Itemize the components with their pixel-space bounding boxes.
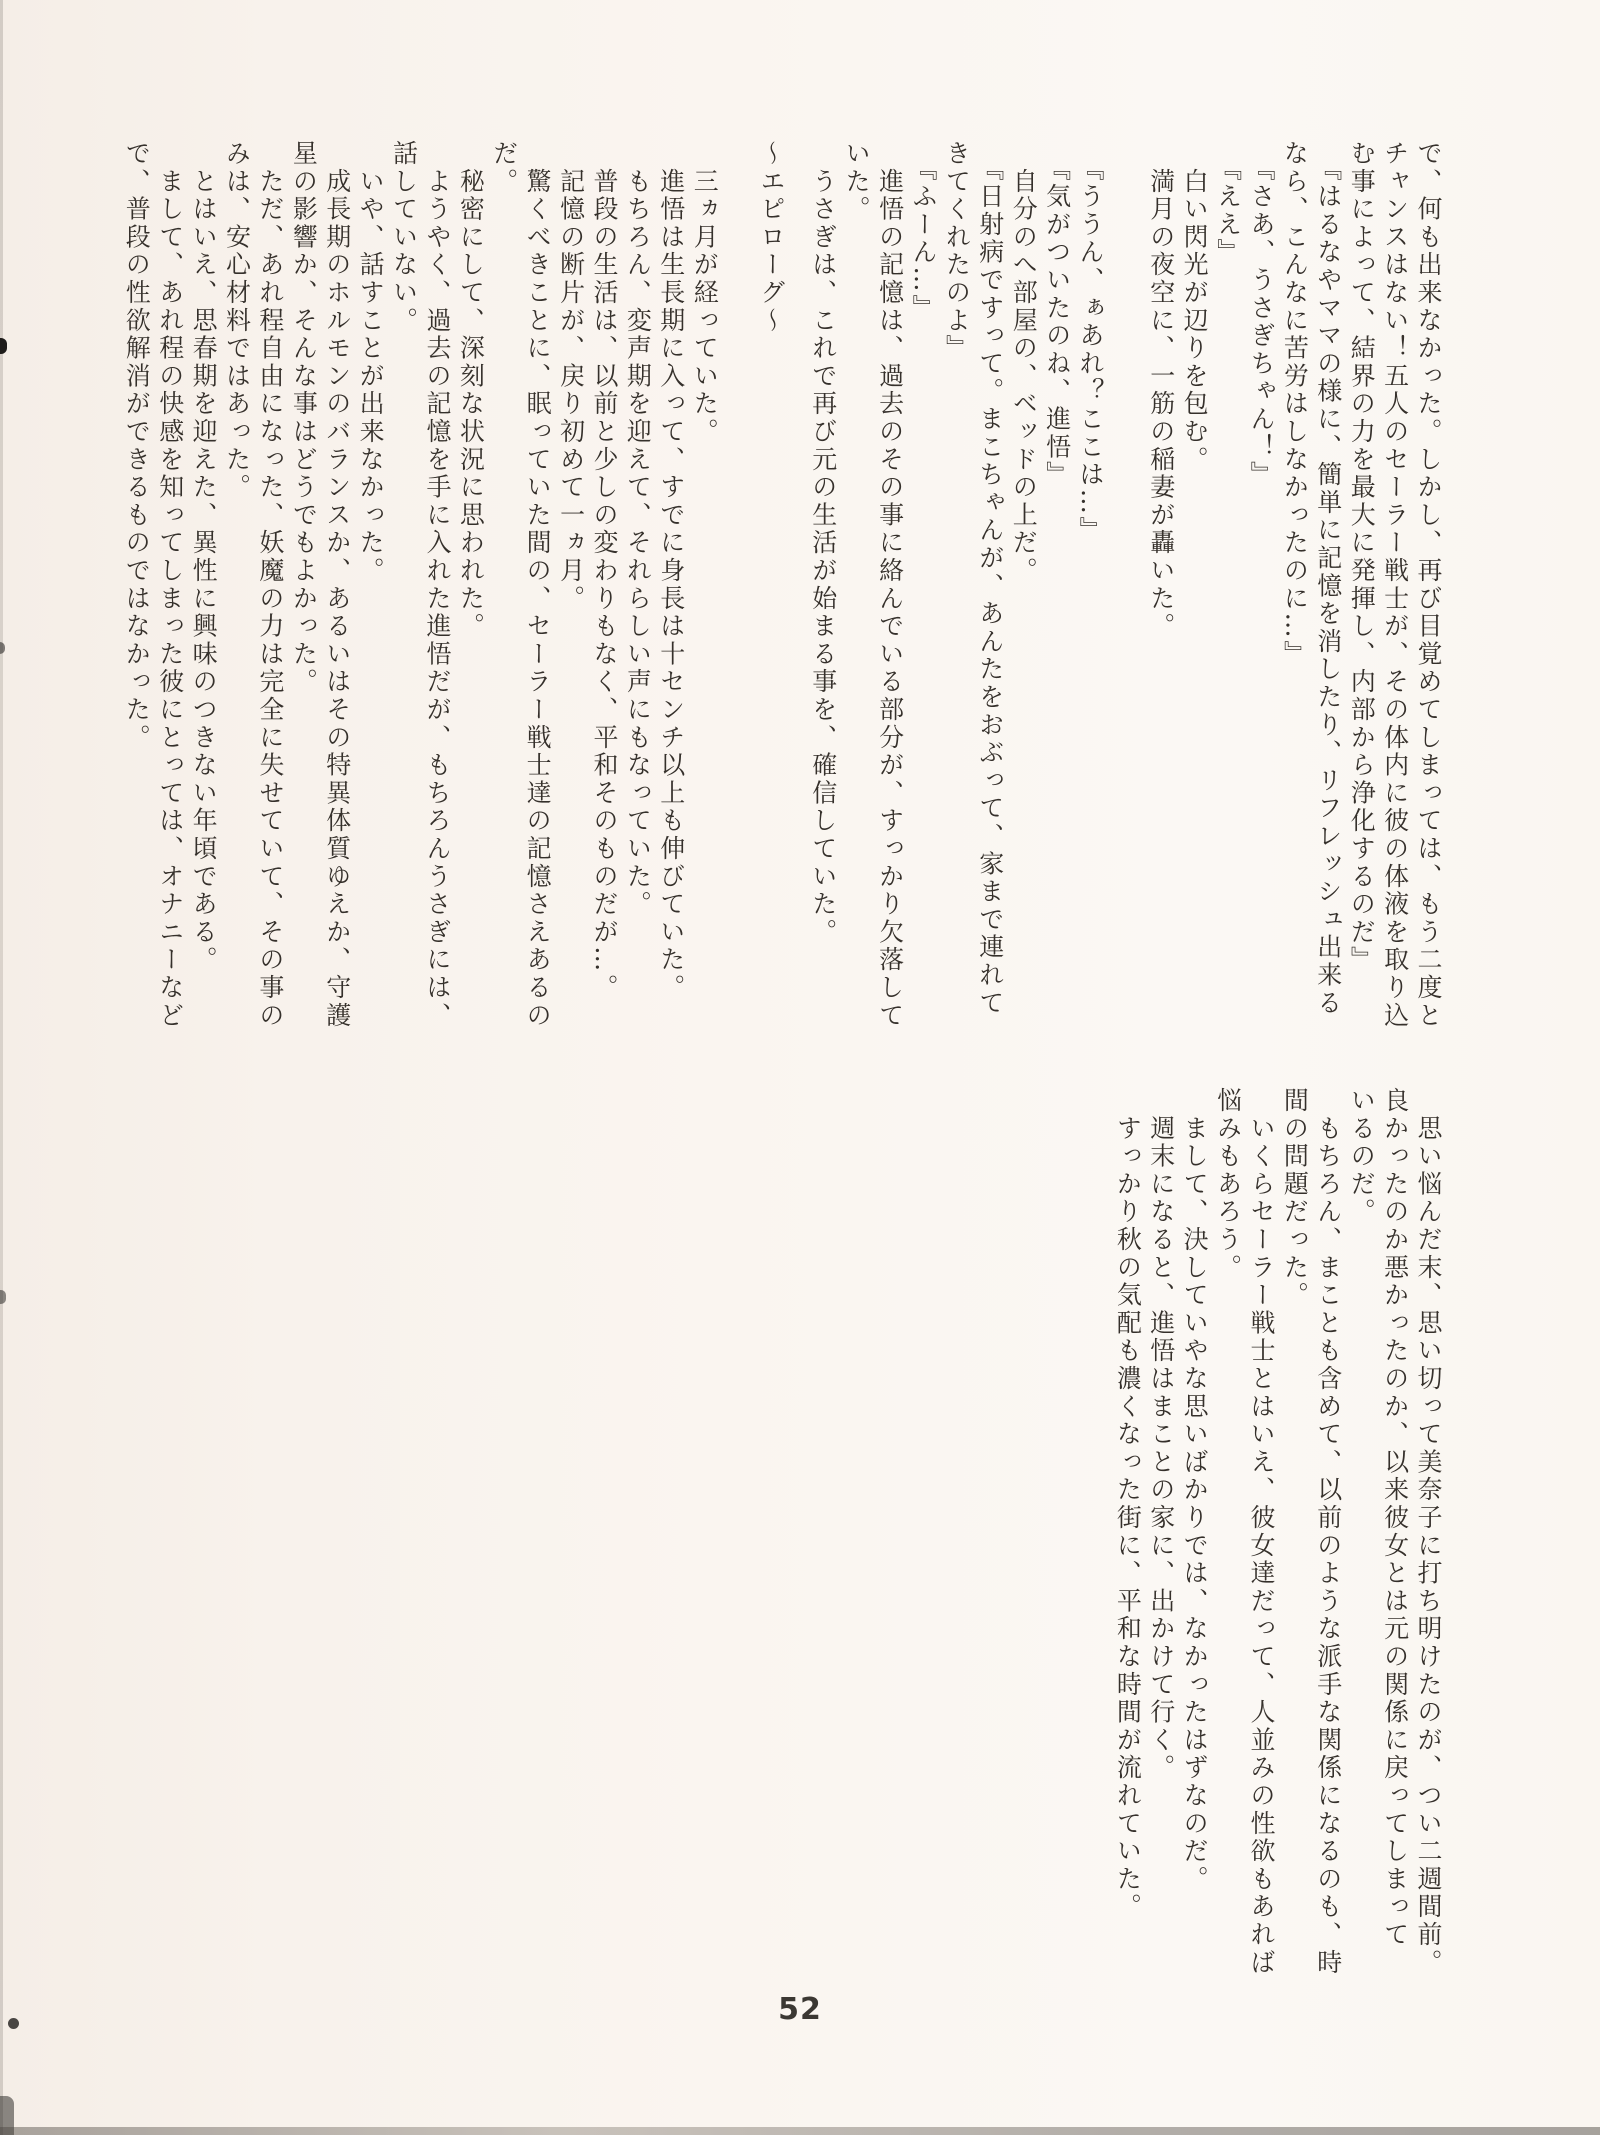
text-column: 記憶の断片が、戻り初めて一ヵ月。 xyxy=(554,140,587,1060)
text-column: いた。 xyxy=(840,140,873,1060)
text-column: とはいえ、思春期を迎えた、異性に興味のつきない年頃である。 xyxy=(187,140,220,1060)
text-column: 白い閃光が辺りを包む。 xyxy=(1178,140,1211,1060)
text-column: うさぎは、これで再び元の生活が始まる事を、確信していた。 xyxy=(806,140,839,1060)
text-column: まして、決していやな思いばかりでは、なかったはずなのだ。 xyxy=(1178,1087,1211,1967)
scan-artifact-edge-mark xyxy=(0,642,5,654)
text-column: 自分のへ部屋の、ベッドの上だ。 xyxy=(1007,140,1040,1060)
text-column: 『気がついたのね、進悟』 xyxy=(1040,140,1073,1060)
scan-artifact-bottom-line xyxy=(0,2127,1600,2135)
text-column: いるのだ。 xyxy=(1345,1087,1378,1967)
text-column: だ。 xyxy=(487,140,520,1060)
text-block-dialogue: 『ううん、ぁあれ？ここは…』 『気がついたのね、進悟』 自分のへ部屋の、ベッドの… xyxy=(806,140,1107,1060)
text-column: む事によって、結界の力を最大に発揮し、内部から浄化するのだ』 xyxy=(1345,140,1378,1060)
text-column: 『ふーん…』 xyxy=(907,140,940,1060)
text-column: 秘密にして、深刻な状況に思われた。 xyxy=(454,140,487,1060)
epilogue-heading: 〜エピローグ〜 xyxy=(755,140,788,1060)
text-column: きてくれたのよ』 xyxy=(940,140,973,1060)
text-column: 成長期のホルモンのバランスか、あるいはその特異体質ゆえか、守護 xyxy=(320,140,353,1060)
text-column: 話していない。 xyxy=(387,140,420,1060)
scan-artifact-left-strip xyxy=(0,0,3,2135)
text-block-epilogue: 〜エピローグ〜 三ヵ月が経っていた。 進悟は生長期に入って、すでに身長は十センチ… xyxy=(120,140,788,1060)
text-column: いや、話すことが出来なかった。 xyxy=(354,140,387,1060)
text-column: 悩みもあろう。 xyxy=(1211,1087,1244,1967)
text-column: 星の影響か、そんな事はどうでもよかった。 xyxy=(287,140,320,1060)
text-column: 『日射病ですって。まこちゃんが、あんたをおぶって、家まで連れて xyxy=(973,140,1006,1060)
text-column: 普段の生活は、以前と少しの変わりもなく、平和そのものだが…。 xyxy=(588,140,621,1060)
text-column: で、普段の性欲解消ができるものではなかった。 xyxy=(120,140,153,1060)
text-column: すっかり秋の気配も濃くなった街に、平和な時間が流れていた。 xyxy=(1111,1087,1144,1967)
text-column: もちろん、変声期を迎えて、それらしい声にもなっていた。 xyxy=(621,140,654,1060)
text-column: ようやく、過去の記憶を手に入れた進悟だが、もちろんうさぎには、 xyxy=(421,140,454,1060)
page-number: 52 xyxy=(770,1992,830,2027)
text-column: ただ、あれ程自由になった、妖魔の力は完全に失せていて、その事の xyxy=(254,140,287,1060)
text-column: なら、こんなに苦労はしなかったのに…』 xyxy=(1278,140,1311,1060)
scan-artifact-edge-mark xyxy=(0,1290,6,1304)
text-column: 良かったのか悪かったのか、以来彼女とは元の関係に戻ってしまって xyxy=(1378,1087,1411,1967)
text-column: 進悟の記憶は、過去のその事に絡んでいる部分が、すっかり欠落して xyxy=(873,140,906,1060)
text-column: もちろん、まことも含めて、以前のような派手な関係になるのも、時 xyxy=(1311,1087,1344,1967)
scan-artifact-edge-mark xyxy=(0,338,7,354)
scan-artifact-dot xyxy=(8,2018,19,2029)
text-block-opening: で、何も出来なかった。しかし、再び目覚めてしまっては、もう二度とチャンスはない！… xyxy=(1144,140,1445,1060)
text-column: 驚くべきことに、眠っていた間の、セーラー戦士達の記憶さえあるの xyxy=(521,140,554,1060)
text-column: 週末になると、進悟はまことの家に、出かけて行く。 xyxy=(1144,1087,1177,1967)
text-column: 間の問題だった。 xyxy=(1278,1087,1311,1967)
text-column: 三ヵ月が経っていた。 xyxy=(688,140,721,1060)
text-column: 『はるなやママの様に、簡単に記憶を消したり、リフレッシュ出来る xyxy=(1311,140,1344,1060)
text-column: チャンスはない！五人のセーラー戦士が、その体内に彼の体液を取り込 xyxy=(1378,140,1411,1060)
text-column: 『ええ』 xyxy=(1211,140,1244,1060)
text-column: 思い悩んだ末、思い切って美奈子に打ち明けたのが、つい二週間前。 xyxy=(1412,1087,1445,1967)
text-column: いくらセーラー戦士とはいえ、彼女達だって、人並みの性欲もあれば xyxy=(1245,1087,1278,1967)
scanned-doujinshi-page: で、何も出来なかった。しかし、再び目覚めてしまっては、もう二度とチャンスはない！… xyxy=(0,0,1600,2135)
text-column: まして、あれ程の快感を知ってしまった彼にとっては、オナニーなど xyxy=(153,140,186,1060)
text-column: 『さあ、うさぎちゃん！』 xyxy=(1245,140,1278,1060)
text-block-closing: 思い悩んだ末、思い切って美奈子に打ち明けたのが、つい二週間前。良かったのか悪かっ… xyxy=(1111,1087,1445,1967)
text-column: 進悟は生長期に入って、すでに身長は十センチ以上も伸びていた。 xyxy=(654,140,687,1060)
text-column: で、何も出来なかった。しかし、再び目覚めてしまっては、もう二度と xyxy=(1412,140,1445,1060)
text-column xyxy=(721,140,754,1060)
text-column: みは、安心材料ではあった。 xyxy=(220,140,253,1060)
text-column: 満月の夜空に、一筋の稲妻が轟いた。 xyxy=(1144,140,1177,1060)
text-column: 『ううん、ぁあれ？ここは…』 xyxy=(1074,140,1107,1060)
